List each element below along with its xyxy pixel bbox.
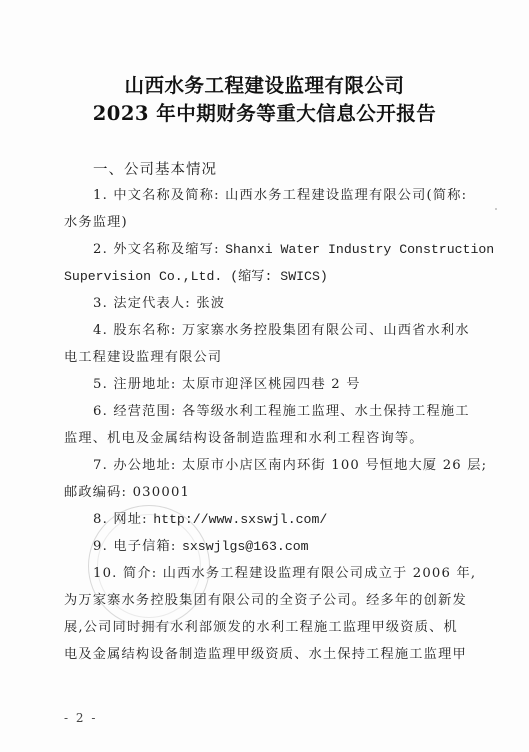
scan-speck: [495, 208, 497, 210]
section-heading: 一、公司基本情况: [93, 158, 217, 179]
item-1-line-2: 水务监理): [64, 211, 128, 230]
document-title-line-2: 2023 年中期财务等重大信息公开报告: [0, 98, 529, 126]
item-4-line-2: 电工程建设监理有限公司: [64, 346, 222, 365]
document-title-line-1: 山西水务工程建设监理有限公司: [0, 70, 529, 98]
item-2-line-1: 2. 外文名称及缩写: Shanxi Water Industry Constr…: [93, 238, 494, 257]
item-10-line-4: 电及金属结构设备制造监理甲级资质、水土保持工程施工监理甲: [64, 643, 467, 662]
item-5-line-1: 5. 注册地址: 太原市迎泽区桃园四巷 2 号: [93, 373, 361, 392]
item-4-line-1: 4. 股东名称: 万家寨水务控股集团有限公司、山西省水利水: [93, 319, 470, 338]
page-number: - 2 -: [64, 711, 97, 725]
item-7-line-2: 邮政编码: 030001: [64, 481, 190, 500]
item-3-line-1: 3. 法定代表人: 张波: [93, 292, 225, 311]
official-seal-stamp: [88, 505, 210, 627]
item-6-line-1: 6. 经营范围: 各等级水利工程施工监理、水土保持工程施工: [93, 400, 470, 419]
seal-inner-ring: [97, 514, 201, 618]
item-7-line-1: 7. 办公地址: 太原市小店区南内环街 100 号恒地大厦 26 层;: [93, 454, 487, 473]
document-page: 山西水务工程建设监理有限公司 2023 年中期财务等重大信息公开报告 一、公司基…: [0, 0, 529, 752]
item-2-label: 2. 外文名称及缩写:: [93, 242, 225, 257]
item-1-line-1: 1. 中文名称及简称: 山西水务工程建设监理有限公司(简称:: [93, 184, 467, 203]
item-2-line-2: Supervision Co.,Ltd. (缩写: SWICS): [64, 265, 328, 284]
item-6-line-2: 监理、机电及金属结构设备制造监理和水利工程咨询等。: [64, 427, 424, 446]
item-2-value: Shanxi Water Industry Construction: [225, 242, 494, 257]
